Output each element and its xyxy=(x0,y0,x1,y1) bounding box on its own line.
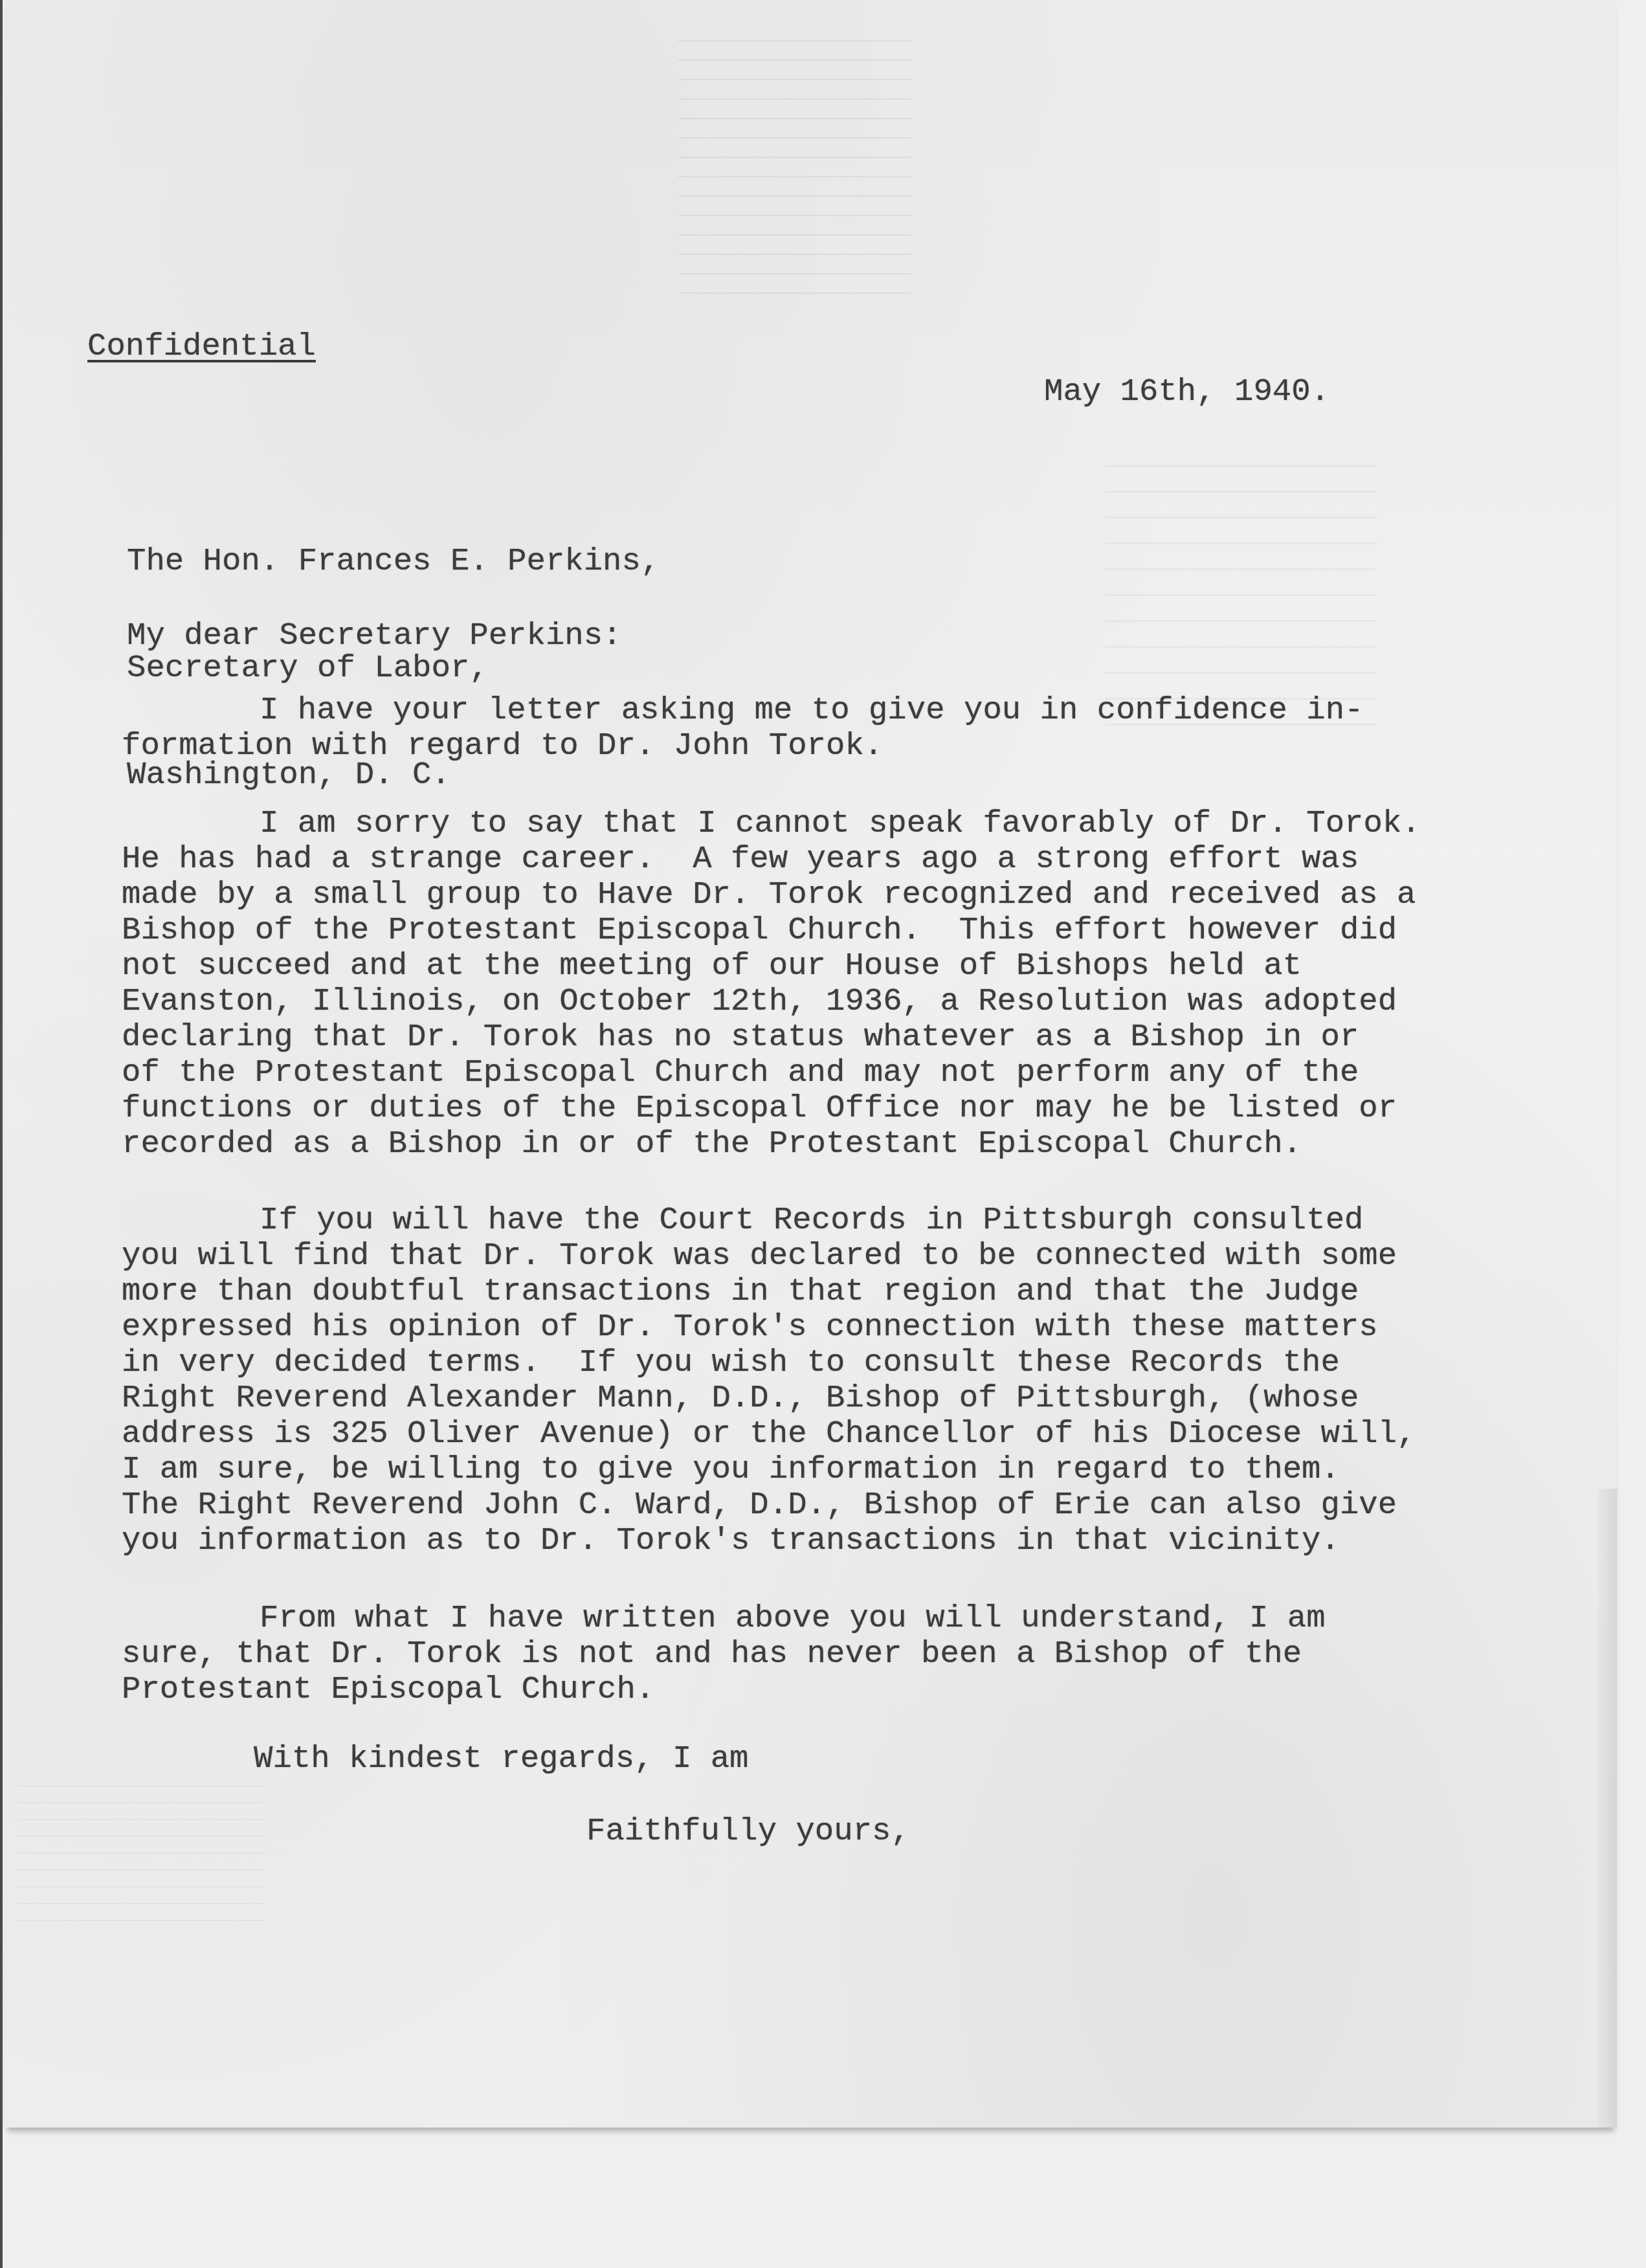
paragraph-line: recorded as a Bishop in or of the Protes… xyxy=(122,1126,1421,1162)
paragraph-line: The Right Reverend John C. Ward, D.D., B… xyxy=(122,1487,1416,1523)
letterhead-show-through xyxy=(678,26,911,311)
paragraph-line: of the Protestant Episcopal Church and m… xyxy=(122,1055,1421,1091)
paper-fold-shadow xyxy=(1597,1489,1617,2128)
paragraph-line: He has had a strange career. A few years… xyxy=(122,841,1421,877)
paragraph-line: I have your letter asking me to give you… xyxy=(122,693,1363,728)
paragraph-court-records: If you will have the Court Records in Pi… xyxy=(122,1203,1416,1559)
paragraph-career: I am sorry to say that I cannot speak fa… xyxy=(122,806,1421,1162)
closing-line: With kindest regards, I am xyxy=(254,1741,749,1777)
confidential-marking: Confidential xyxy=(87,329,316,364)
paragraph-line: made by a small group to Have Dr. Torok … xyxy=(122,877,1421,913)
address-line: Secretary of Labor, xyxy=(127,650,660,686)
letter-page: Confidential May 16th, 1940. The Hon. Fr… xyxy=(5,0,1617,2128)
show-through-marks-lower xyxy=(18,1773,264,1929)
paragraph-line: you information as to Dr. Torok's transa… xyxy=(122,1523,1416,1559)
paragraph-line: declaring that Dr. Torok has no status w… xyxy=(122,1019,1421,1055)
paragraph-line: If you will have the Court Records in Pi… xyxy=(122,1203,1416,1238)
paragraph-line: expressed his opinion of Dr. Torok's con… xyxy=(122,1309,1416,1345)
paragraph-line: address is 325 Oliver Avenue) or the Cha… xyxy=(122,1416,1416,1452)
letter-date: May 16th, 1940. xyxy=(1044,374,1329,410)
paragraph-line: in very decided terms. If you wish to co… xyxy=(122,1345,1416,1381)
paragraph-line: From what I have written above you will … xyxy=(122,1601,1326,1636)
paragraph-conclusion: From what I have written above you will … xyxy=(122,1601,1326,1707)
paragraph-line: not succeed and at the meeting of our Ho… xyxy=(122,948,1421,984)
show-through-marks xyxy=(1106,447,1377,731)
paragraph-line: formation with regard to Dr. John Torok. xyxy=(122,728,1363,764)
paragraph-line: functions or duties of the Episcopal Off… xyxy=(122,1091,1421,1126)
paragraph-line: Protestant Episcopal Church. xyxy=(122,1672,1326,1707)
paragraph-line: Evanston, Illinois, on October 12th, 193… xyxy=(122,984,1421,1019)
paragraph-line: I am sure, be willing to give you inform… xyxy=(122,1452,1416,1487)
paragraph-line: more than doubtful transactions in that … xyxy=(122,1274,1416,1309)
address-line: The Hon. Frances E. Perkins, xyxy=(127,544,660,579)
signoff: Faithfully yours, xyxy=(586,1814,910,1849)
salutation: My dear Secretary Perkins: xyxy=(127,618,622,654)
scanner-edge xyxy=(0,0,3,2268)
paragraph-line: sure, that Dr. Torok is not and has neve… xyxy=(122,1636,1326,1672)
paragraph-line: Bishop of the Protestant Episcopal Churc… xyxy=(122,913,1421,948)
paragraph-request: I have your letter asking me to give you… xyxy=(122,693,1363,764)
paragraph-line: Right Reverend Alexander Mann, D.D., Bis… xyxy=(122,1381,1416,1416)
paragraph-line: I am sorry to say that I cannot speak fa… xyxy=(122,806,1421,841)
paragraph-line: you will find that Dr. Torok was declare… xyxy=(122,1238,1416,1274)
